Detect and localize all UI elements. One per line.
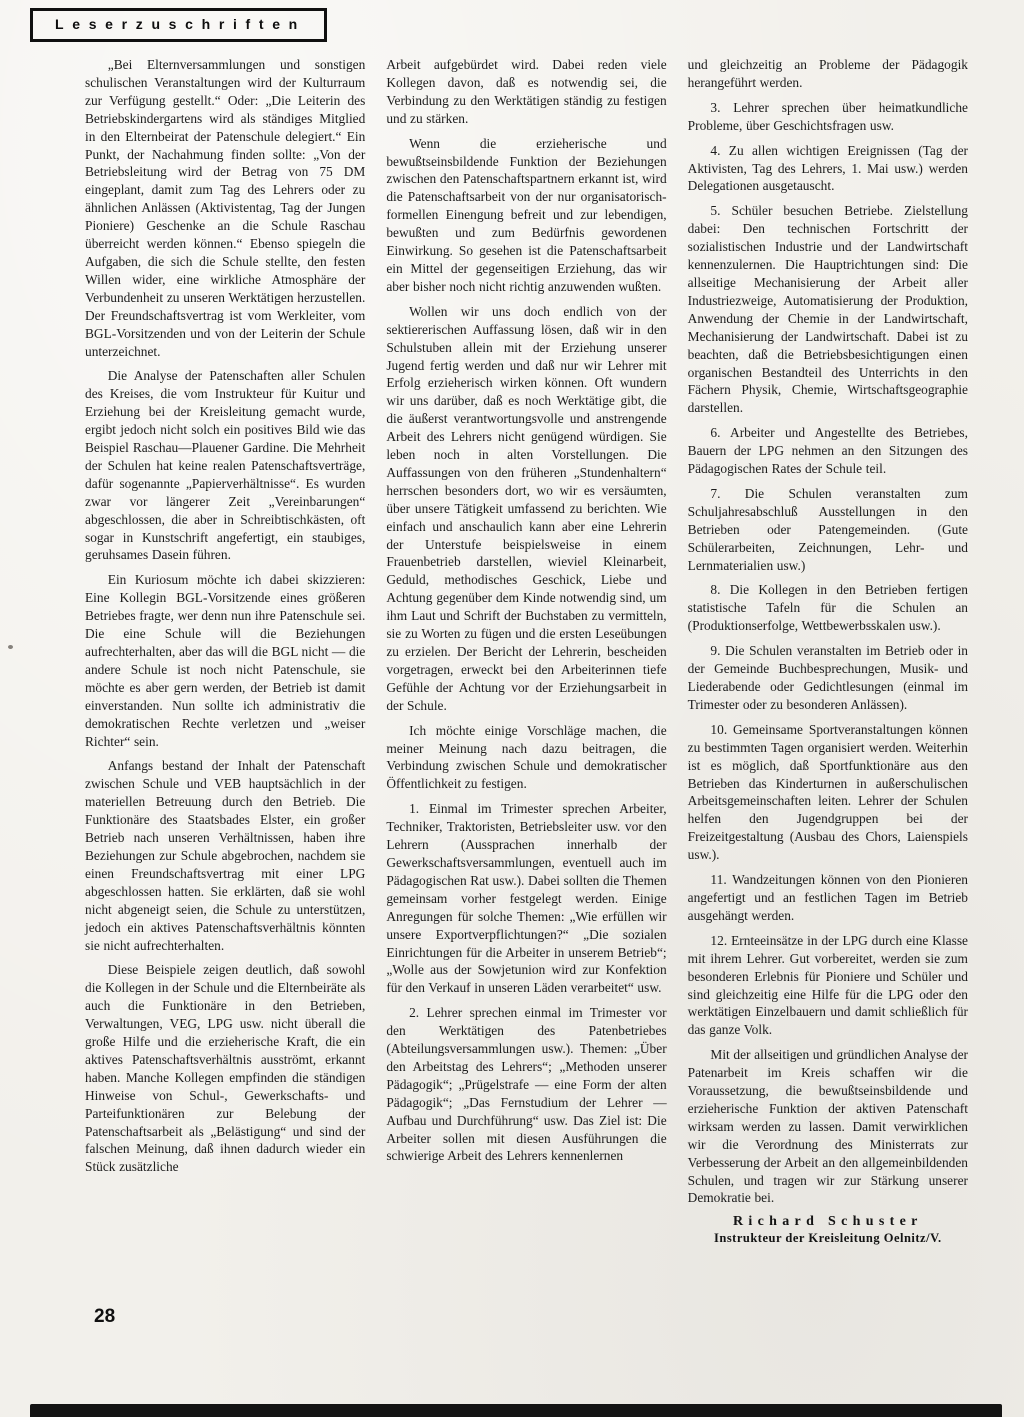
signature-author-title: Instrukteur der Kreisleitung Oelnitz/V. xyxy=(688,1231,968,1246)
paragraph: 8. Die Kollegen in den Betrieben fertige… xyxy=(688,581,968,635)
paragraph: Mit der allseitigen und gründlichen Anal… xyxy=(688,1046,968,1207)
paragraph: Anfangs bestand der Inhalt der Patenscha… xyxy=(85,757,365,954)
section-header-label: Leserzuschriften xyxy=(55,16,306,32)
paragraph: 10. Gemeinsame Sportveranstaltungen könn… xyxy=(688,721,968,864)
paragraph: Wenn die erzieherische und bewußtseinsbi… xyxy=(386,135,666,296)
column-2: Arbeit aufgebürdet wird. Dabei reden vie… xyxy=(386,56,666,1246)
paragraph: 5. Schüler besuchen Betriebe. Zielstellu… xyxy=(688,202,968,417)
page-number: 28 xyxy=(94,1306,115,1328)
column-1: „Bei Elternversammlungen und sonstigen s… xyxy=(85,56,365,1246)
paragraph: Ein Kuriosum möchte ich dabei skizzieren… xyxy=(85,571,365,750)
paragraph: 4. Zu allen wichtigen Ereignissen (Tag d… xyxy=(688,142,968,196)
article-columns: „Bei Elternversammlungen und sonstigen s… xyxy=(85,56,968,1246)
paragraph: 1. Einmal im Trimester sprechen Arbeiter… xyxy=(386,800,666,997)
paragraph: 6. Arbeiter und Angestellte des Betriebe… xyxy=(688,424,968,478)
paragraph: 3. Lehrer sprechen über heimatkundliche … xyxy=(688,99,968,135)
signature-author-name: Richard Schuster xyxy=(688,1214,968,1230)
section-header-box: Leserzuschriften xyxy=(30,8,327,42)
paragraph: Ich möchte einige Vorschläge machen, die… xyxy=(386,722,666,794)
paragraph: 11. Wandzeitungen können von den Pionier… xyxy=(688,871,968,925)
scan-edge-bar xyxy=(30,1404,1002,1417)
column-3: und gleichzeitig an Probleme der Pädagog… xyxy=(688,56,968,1246)
scan-artifact-speck xyxy=(8,645,13,649)
paragraph: 2. Lehrer sprechen einmal im Trimester v… xyxy=(386,1004,666,1165)
paragraph: Arbeit aufgebürdet wird. Dabei reden vie… xyxy=(386,56,666,128)
paragraph: 12. Ernteeinsätze in der LPG durch eine … xyxy=(688,932,968,1039)
paragraph: 9. Die Schulen veranstalten im Betrieb o… xyxy=(688,642,968,714)
paragraph: Wollen wir uns doch endlich von der sekt… xyxy=(386,303,666,715)
scanned-magazine-page: { "colors": { "paper": "#f2f0eb", "ink":… xyxy=(0,0,1024,1417)
paragraph: und gleichzeitig an Probleme der Pädagog… xyxy=(688,56,968,92)
paragraph: Diese Beispiele zeigen deutlich, daß sow… xyxy=(85,961,365,1176)
paragraph: 7. Die Schulen veranstalten zum Schuljah… xyxy=(688,485,968,575)
paragraph: „Bei Elternversammlungen und sonstigen s… xyxy=(85,56,365,360)
signature-block: Richard Schuster Instrukteur der Kreisle… xyxy=(688,1214,968,1246)
paragraph: Die Analyse der Patenschaften aller Schu… xyxy=(85,367,365,564)
